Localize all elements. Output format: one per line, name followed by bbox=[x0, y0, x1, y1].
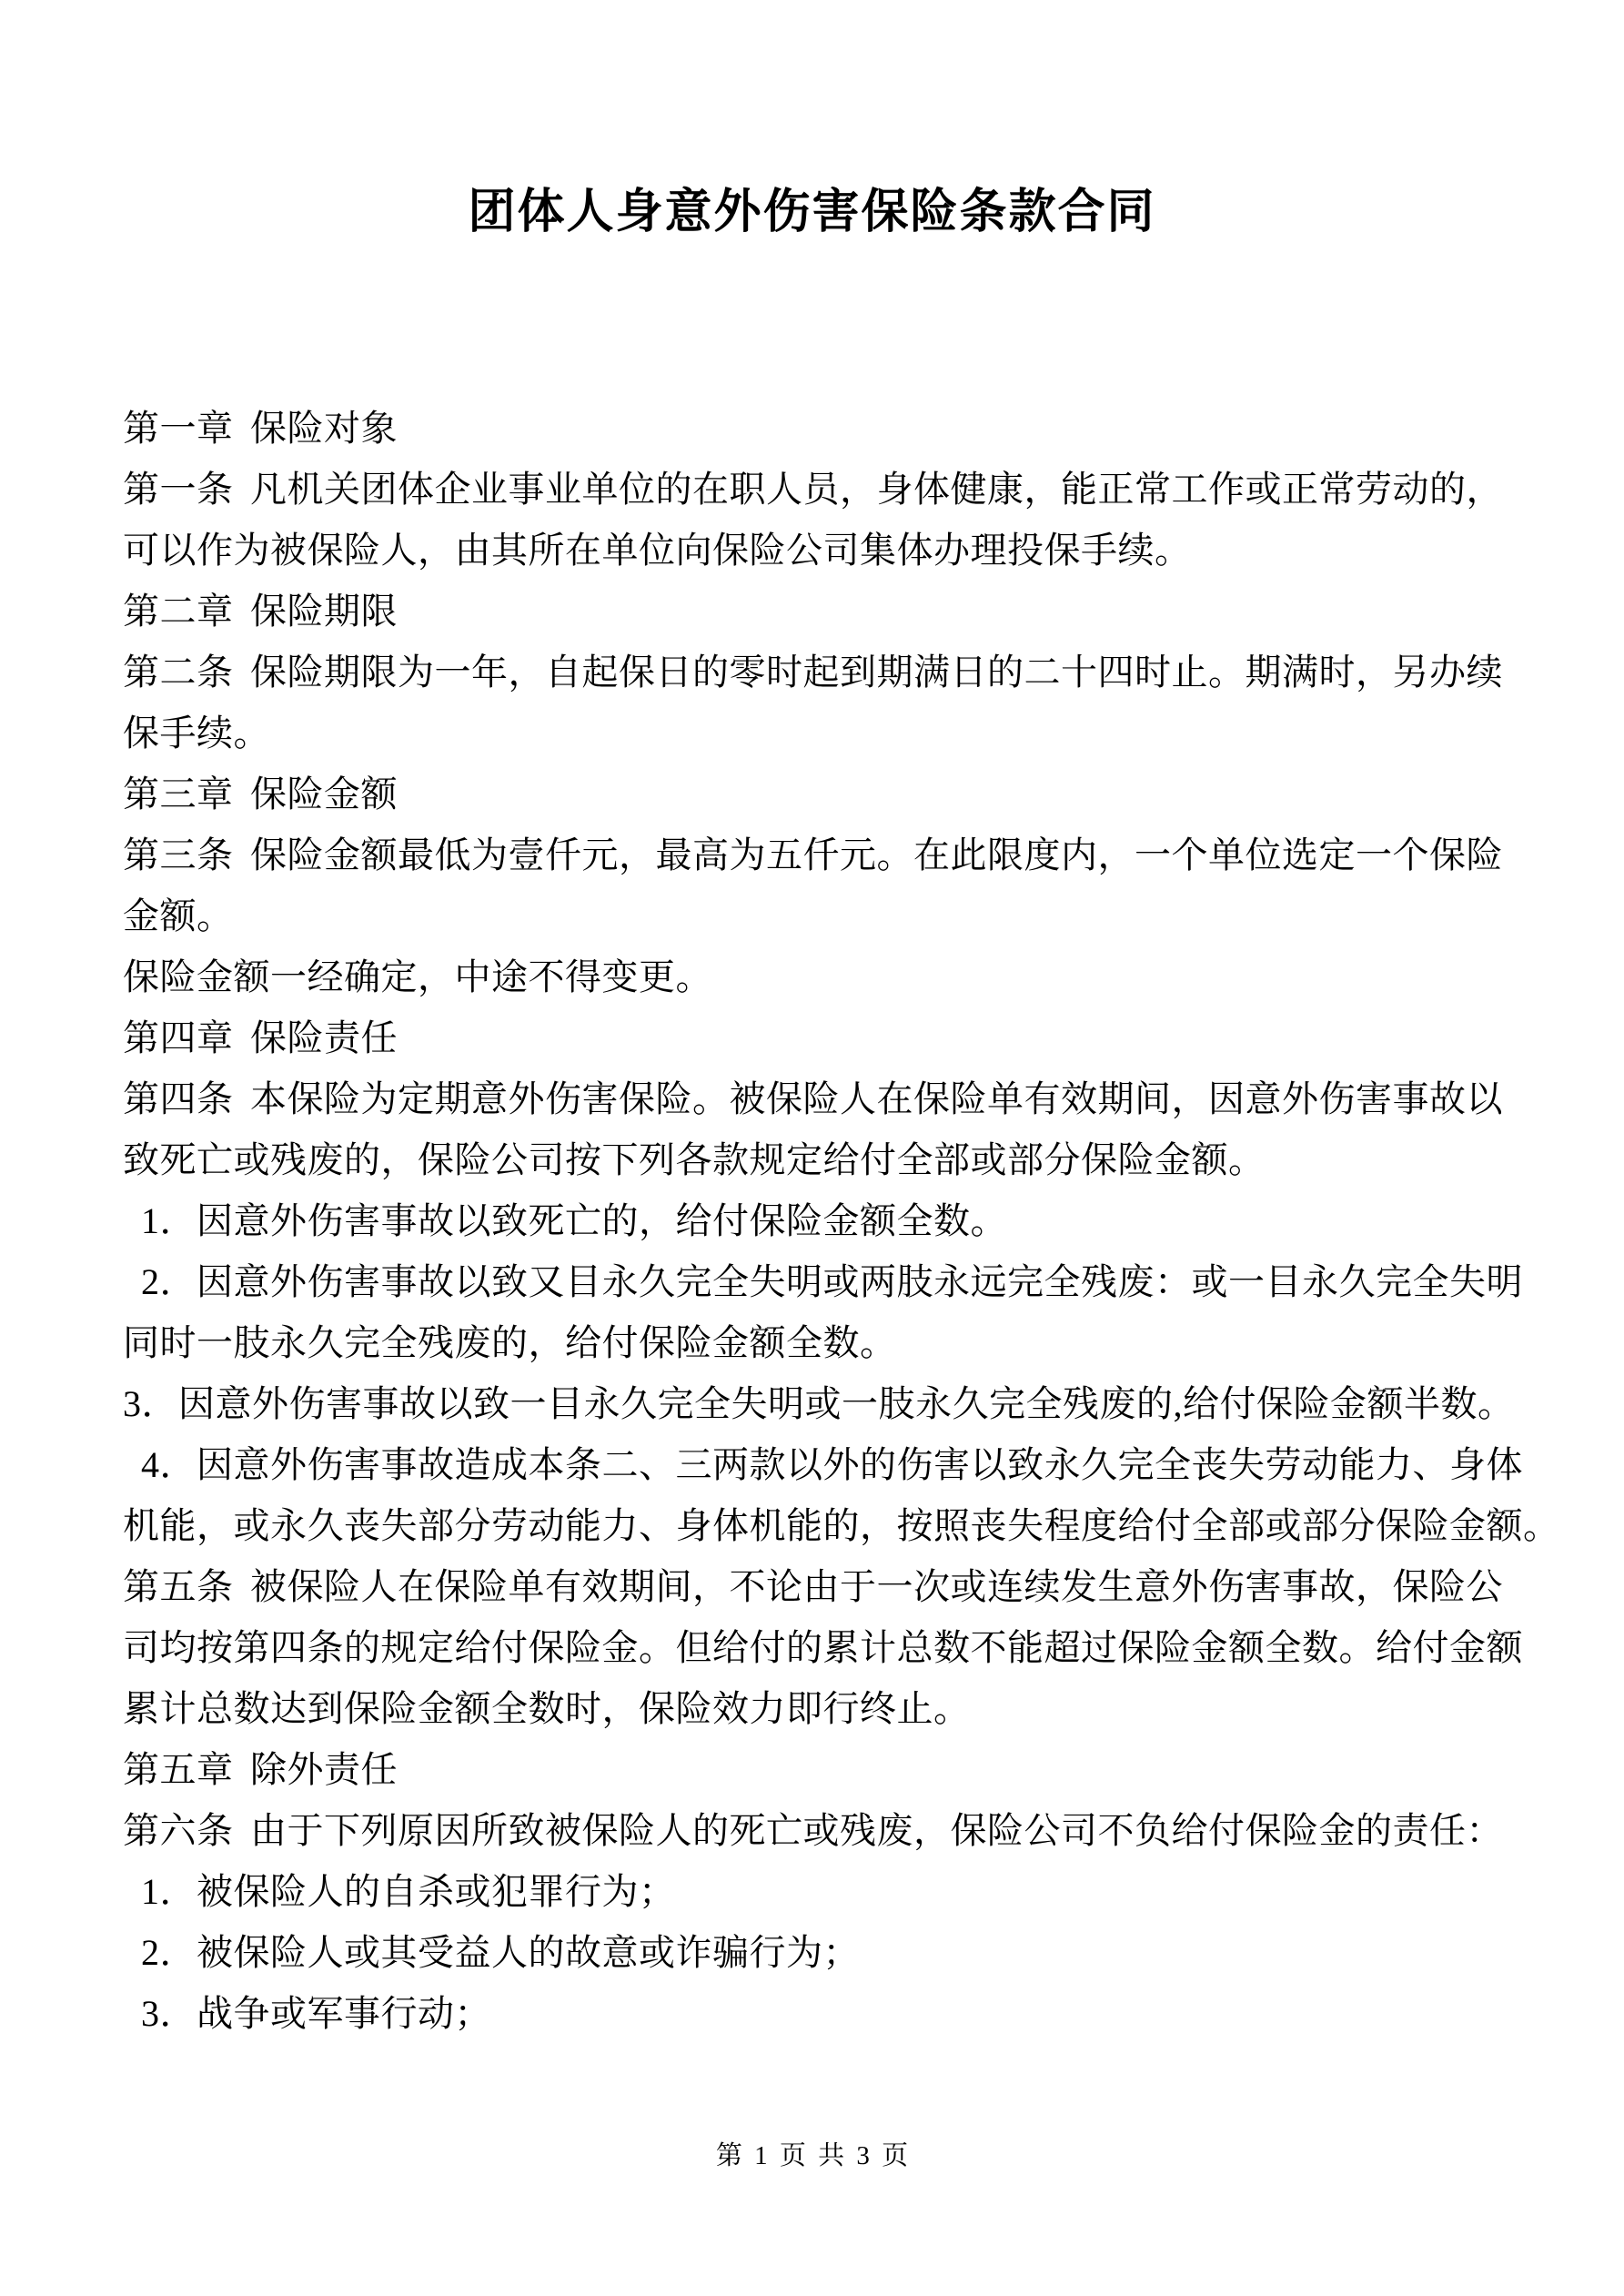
text-line: 机能，或永久丧失部分劳动能力、身体机能的，按照丧失程度给付全部或部分保险金额。 bbox=[123, 1495, 1501, 1556]
text-line: 第三章 保险金额 bbox=[123, 764, 1501, 824]
text-line: 1．被保险人的自杀或犯罪行为； bbox=[123, 1861, 1501, 1922]
text-line: 第四条 本保险为定期意外伤害保险。被保险人在保险单有效期间，因意外伤害事故以 bbox=[123, 1068, 1501, 1129]
text-line: 第四章 保险责任 bbox=[123, 1007, 1501, 1068]
text-line: 3．因意外伤害事故以致一目永久完全失明或一肢永久完全残废的,给付保险金额半数。 bbox=[123, 1373, 1501, 1434]
page-footer: 第 1 页 共 3 页 bbox=[0, 2135, 1624, 2172]
text-line: 司均按第四条的规定给付保险金。但给付的累计总数不能超过保险金额全数。给付金额 bbox=[123, 1617, 1501, 1678]
text-line: 第六条 由于下列原因所致被保险人的死亡或残废，保险公司不负给付保险金的责任： bbox=[123, 1800, 1501, 1861]
text-line: 保险金额一经确定，中途不得变更。 bbox=[123, 946, 1501, 1007]
text-line: 可以作为被保险人，由其所在单位向保险公司集体办理投保手续。 bbox=[123, 520, 1501, 581]
document-body: 第一章 保险对象第一条 凡机关团体企业事业单位的在职人员，身体健康，能正常工作或… bbox=[123, 398, 1501, 2044]
text-line: 2．被保险人或其受益人的故意或诈骗行为； bbox=[123, 1922, 1501, 1983]
text-line: 第二章 保险期限 bbox=[123, 581, 1501, 642]
text-line: 同时一肢永久完全残废的，给付保险金额全数。 bbox=[123, 1312, 1501, 1373]
text-line: 第五条 被保险人在保险单有效期间，不论由于一次或连续发生意外伤害事故，保险公 bbox=[123, 1556, 1501, 1617]
text-line: 第一章 保险对象 bbox=[123, 398, 1501, 459]
text-line: 1．因意外伤害事故以致死亡的，给付保险金额全数。 bbox=[123, 1190, 1501, 1251]
text-line: 金额。 bbox=[123, 885, 1501, 946]
text-line: 3．战争或军事行动； bbox=[123, 1983, 1501, 2044]
text-line: 第三条 保险金额最低为壹仟元，最高为五仟元。在此限度内，一个单位选定一个保险 bbox=[123, 824, 1501, 885]
text-line: 第二条 保险期限为一年，自起保日的零时起到期满日的二十四时止。期满时，另办续 bbox=[123, 642, 1501, 703]
document-page: 团体人身意外伤害保险条款合同 第一章 保险对象第一条 凡机关团体企业事业单位的在… bbox=[0, 0, 1624, 2296]
text-line: 保手续。 bbox=[123, 703, 1501, 764]
text-line: 第一条 凡机关团体企业事业单位的在职人员，身体健康，能正常工作或正常劳动的， bbox=[123, 459, 1501, 520]
text-line: 2．因意外伤害事故以致又目永久完全失明或两肢永远完全残废：或一目永久完全失明 bbox=[123, 1251, 1501, 1312]
text-line: 累计总数达到保险金额全数时，保险效力即行终止。 bbox=[123, 1678, 1501, 1739]
text-line: 致死亡或残废的，保险公司按下列各款规定给付全部或部分保险金额。 bbox=[123, 1129, 1501, 1190]
text-line: 第五章 除外责任 bbox=[123, 1739, 1501, 1800]
document-title: 团体人身意外伤害保险条款合同 bbox=[0, 185, 1624, 241]
text-line: 4．因意外伤害事故造成本条二、三两款以外的伤害以致永久完全丧失劳动能力、身体 bbox=[123, 1434, 1501, 1495]
